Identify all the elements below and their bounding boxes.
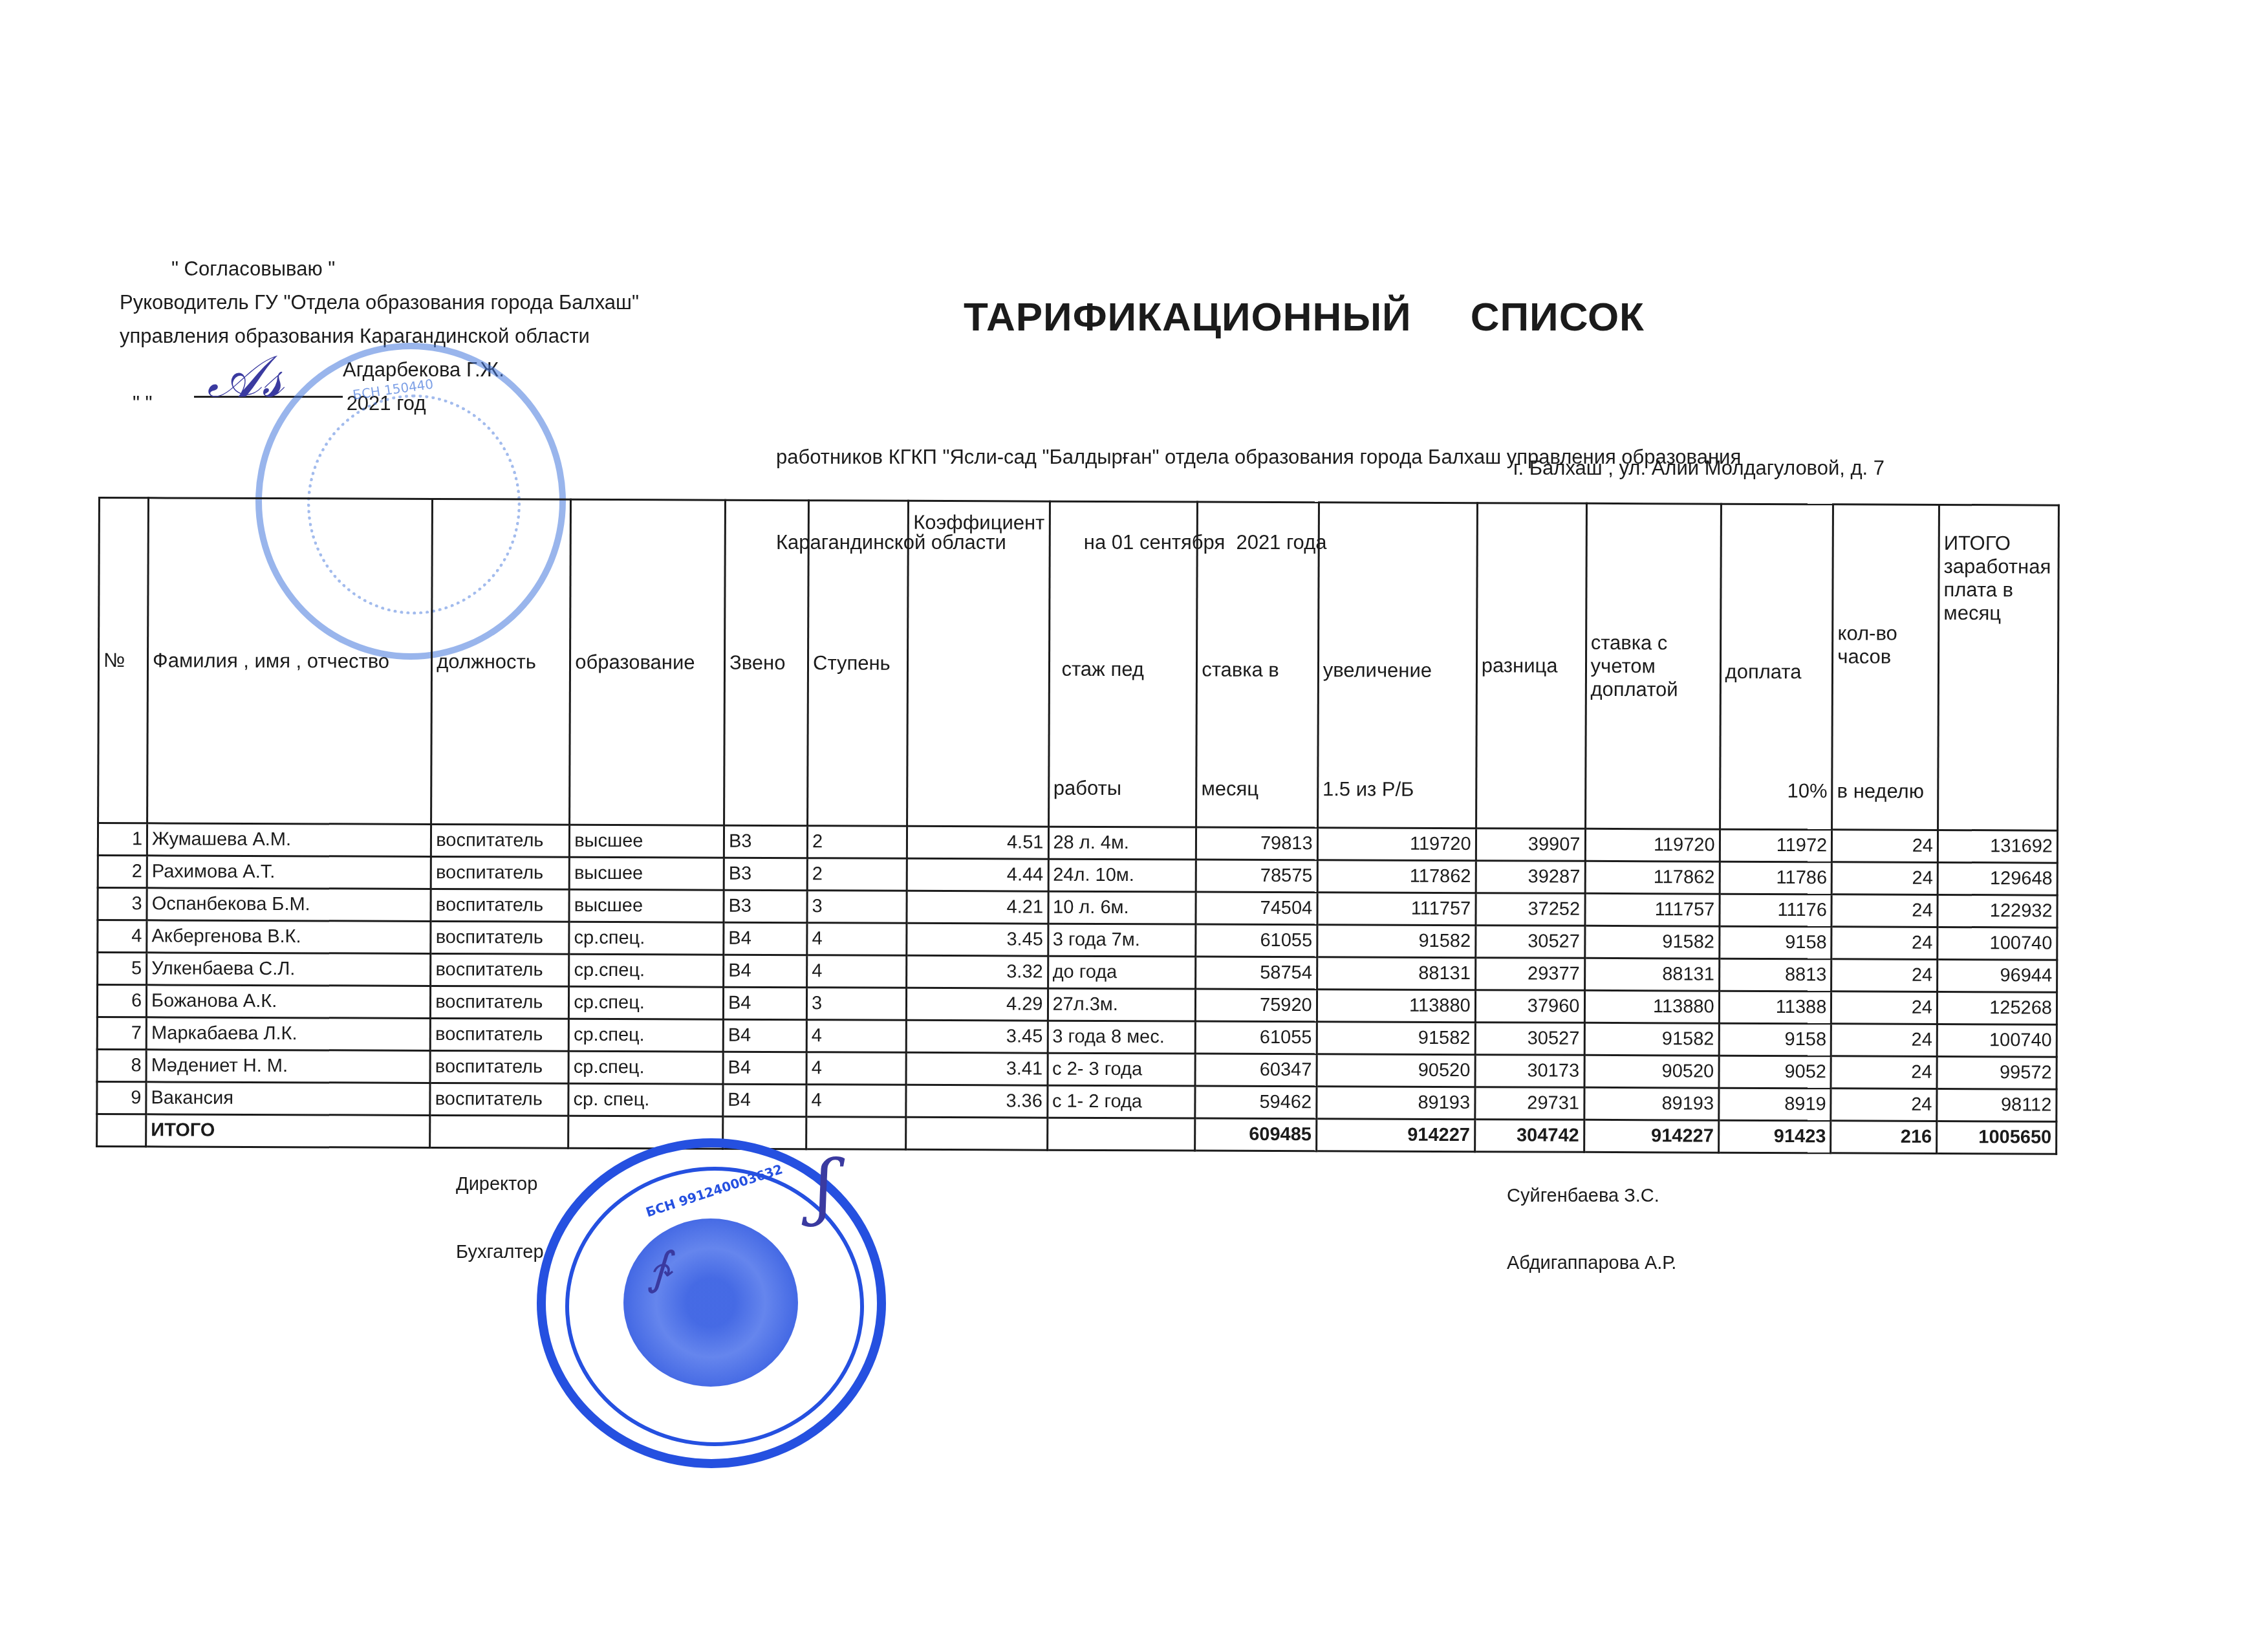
cell-total: 125268 <box>1937 991 2057 1024</box>
cell-rate: 79813 <box>1196 827 1318 860</box>
cell-rate: 59462 <box>1195 1086 1317 1119</box>
cell-coef: 3.45 <box>907 923 1048 956</box>
table-header-row: № Фамилия , имя , отчество должность обр… <box>98 498 2059 831</box>
director-signature: ʃ <box>815 1145 834 1228</box>
cell-bonus: 11972 <box>1720 829 1832 862</box>
header-step: Ступень <box>808 501 909 827</box>
total-hours: 216 <box>1831 1121 1937 1154</box>
cell-total: 100740 <box>1937 1024 2057 1057</box>
cell-increase: 113880 <box>1317 990 1475 1023</box>
cell-increase: 117862 <box>1317 860 1476 893</box>
totals-row: ИТОГО60948591422730474291422791423216100… <box>97 1114 2057 1154</box>
cell-name: Мәдениет Н. М. <box>146 1050 430 1083</box>
cell-total: 96944 <box>1938 959 2057 992</box>
empty-cell <box>430 1115 568 1148</box>
cell-diff: 30527 <box>1475 926 1584 958</box>
cell-education: ср.спец. <box>568 1019 723 1052</box>
cell-rate: 61055 <box>1195 1021 1317 1054</box>
cell-hours: 24 <box>1831 991 1938 1024</box>
cell-diff: 39287 <box>1476 861 1585 894</box>
cell-increase: 90520 <box>1317 1054 1475 1087</box>
cell-education: высшее <box>569 857 724 890</box>
cell-increase: 91582 <box>1317 925 1475 958</box>
cell-diff: 37252 <box>1476 893 1585 926</box>
approver-signature: 𝒜𝓈 <box>207 343 283 411</box>
date-quotes: " " <box>133 392 153 415</box>
cell-diff: 30173 <box>1475 1055 1584 1088</box>
cell-hours: 24 <box>1831 1056 1937 1089</box>
cell-num: 7 <box>97 1017 146 1049</box>
cell-step: 4 <box>807 923 907 956</box>
total-rate: 609485 <box>1195 1118 1317 1151</box>
cell-step: 4 <box>806 1052 907 1085</box>
cell-hours: 24 <box>1831 959 1938 992</box>
cell-coef: 4.29 <box>907 988 1048 1021</box>
cell-rate-with-bonus: 119720 <box>1585 828 1720 861</box>
cell-num: 5 <box>98 953 147 985</box>
cell-bonus: 9158 <box>1719 926 1831 959</box>
cell-diff: 30527 <box>1475 1023 1584 1056</box>
cell-coef: 4.44 <box>907 858 1048 891</box>
cell-total: 98112 <box>1937 1088 2057 1121</box>
cell-link: В4 <box>724 922 807 955</box>
cell-bonus: 8919 <box>1718 1088 1831 1121</box>
empty-cell <box>906 1117 1047 1150</box>
cell-step: 4 <box>806 1020 907 1053</box>
cell-coef: 4.21 <box>907 891 1048 924</box>
cell-education: ср.спец. <box>569 986 724 1019</box>
cell-education: ср. спец. <box>568 1083 723 1116</box>
cell-experience: до года <box>1048 956 1196 989</box>
cell-coef: 3.36 <box>906 1085 1047 1118</box>
cell-education: высшее <box>569 889 724 922</box>
header-bonus: доплата10% <box>1720 504 1833 830</box>
header-experience: стаж педработы <box>1048 501 1198 827</box>
cell-coef: 4.51 <box>907 826 1048 859</box>
header-rate: ставка вмесяц <box>1196 502 1319 828</box>
cell-num: 6 <box>97 985 146 1017</box>
cell-step: 4 <box>807 955 907 988</box>
cell-rate: 60347 <box>1195 1054 1317 1087</box>
header-coef: Коэффициент <box>907 501 1050 827</box>
cell-position: воспитатель <box>431 889 569 922</box>
cell-name: Оспанбекова Б.М. <box>147 888 431 922</box>
cell-position: воспитатель <box>430 1050 568 1083</box>
cell-step: 3 <box>807 891 907 924</box>
cell-position: воспитатель <box>430 1083 568 1116</box>
cell-num: 9 <box>97 1081 146 1114</box>
total-total: 1005650 <box>1937 1121 2057 1154</box>
cell-coef: 3.41 <box>906 1052 1047 1085</box>
cell-bonus: 9052 <box>1719 1056 1831 1088</box>
cell-hours: 24 <box>1831 894 1938 927</box>
cell-step: 2 <box>807 858 907 891</box>
cell-coef: 3.45 <box>907 1020 1048 1053</box>
cell-hours: 24 <box>1831 927 1938 960</box>
cell-rate-with-bonus: 117862 <box>1585 861 1720 894</box>
accountant-signature: ∱ <box>647 1242 670 1295</box>
cell-bonus: 8813 <box>1719 958 1831 991</box>
document-title: ТАРИФИКАЦИОННЫЙ СПИСОК <box>964 294 1645 340</box>
approval-line-1: Руководитель ГУ "Отдела образования горо… <box>120 286 639 319</box>
director-label: Директор <box>456 1174 537 1195</box>
cell-step: 4 <box>806 1085 907 1118</box>
cell-total: 131692 <box>1938 830 2057 863</box>
cell-num: 1 <box>98 823 147 856</box>
director-name: Суйгенбаева З.С. <box>1507 1186 1659 1207</box>
cell-name: Улкенбаева С.Л. <box>147 953 431 986</box>
total-bonus: 91423 <box>1718 1120 1831 1153</box>
cell-bonus: 9158 <box>1719 1023 1831 1056</box>
cell-experience: с 1- 2 года <box>1047 1085 1195 1118</box>
cell-total: 99572 <box>1937 1056 2057 1089</box>
cell-rate-with-bonus: 113880 <box>1584 990 1719 1023</box>
empty-cell <box>1047 1118 1195 1151</box>
cell-name: Акбергенова В.К. <box>147 920 431 954</box>
cell-rate: 58754 <box>1196 957 1317 990</box>
empty-cell <box>97 1114 146 1146</box>
tarification-table: № Фамилия , имя , отчество должность обр… <box>96 497 2060 1155</box>
cell-experience: 24л. 10м. <box>1048 859 1196 892</box>
cell-position: воспитатель <box>431 856 569 889</box>
cell-bonus: 11786 <box>1720 861 1832 894</box>
cell-education: ср.спец. <box>569 922 724 955</box>
cell-link: В3 <box>724 858 807 890</box>
header-rate-with-bonus: ставка с учетом доплатой <box>1585 503 1721 829</box>
cell-increase: 91582 <box>1317 1022 1475 1055</box>
cell-link: В4 <box>723 1052 806 1084</box>
cell-link: В4 <box>723 987 806 1019</box>
cell-increase: 119720 <box>1317 828 1476 861</box>
cell-position: воспитатель <box>431 824 570 857</box>
cell-hours: 24 <box>1832 830 1938 863</box>
cell-link: В3 <box>724 890 807 922</box>
cell-experience: 3 года 8 мес. <box>1048 1021 1196 1054</box>
cell-education: ср.спец. <box>568 1051 723 1084</box>
cell-rate-with-bonus: 89193 <box>1584 1087 1718 1120</box>
cell-education: высшее <box>570 825 724 858</box>
total-rate-with-bonus: 914227 <box>1584 1120 1718 1153</box>
cell-hours: 24 <box>1831 1088 1937 1121</box>
cell-experience: 27л.3м. <box>1048 988 1196 1021</box>
total-label: ИТОГО <box>146 1114 430 1148</box>
total-diff: 304742 <box>1474 1120 1584 1153</box>
cell-experience: 10 л. 6м. <box>1048 891 1196 924</box>
cell-total: 129648 <box>1938 862 2057 895</box>
cell-rate: 74504 <box>1196 892 1317 925</box>
cell-diff: 29377 <box>1475 958 1584 991</box>
cell-rate-with-bonus: 111757 <box>1585 893 1720 926</box>
cell-rate-with-bonus: 91582 <box>1584 1023 1719 1056</box>
cell-experience: 3 года 7м. <box>1048 924 1196 957</box>
header-education: образование <box>570 499 726 825</box>
cell-experience: 28 л. 4м. <box>1048 827 1196 860</box>
cell-link: В4 <box>723 1019 806 1052</box>
cell-hours: 24 <box>1831 862 1938 895</box>
cell-num: 8 <box>97 1049 146 1081</box>
cell-coef: 3.32 <box>907 955 1048 988</box>
address: г. Балхаш , ул. Алии Молдагуловой, д. 7 <box>1513 457 1885 480</box>
cell-experience: с 2- 3 года <box>1048 1053 1196 1086</box>
cell-num: 4 <box>98 920 147 953</box>
cell-link: В4 <box>724 955 807 987</box>
cell-num: 2 <box>98 856 147 888</box>
cell-rate-with-bonus: 88131 <box>1584 958 1719 991</box>
cell-name: Жумашева А.М. <box>147 823 431 857</box>
accountant-label: Бухгалтер <box>456 1242 544 1263</box>
cell-link: В3 <box>724 825 807 858</box>
header-increase: увеличение1.5 из Р/Б <box>1317 503 1477 828</box>
cell-step: 2 <box>807 826 907 859</box>
cell-link: В4 <box>723 1084 806 1116</box>
cell-increase: 111757 <box>1317 893 1476 926</box>
accountant-name: Абдигаппарова А.Р. <box>1507 1253 1676 1274</box>
cell-rate: 75920 <box>1196 989 1317 1022</box>
approval-heading: " Согласовываю " <box>120 252 639 286</box>
header-total: ИТОГО заработная плата в месяц <box>1938 504 2059 830</box>
cell-position: воспитатель <box>431 986 569 1019</box>
cell-hours: 24 <box>1831 1024 1938 1057</box>
cell-position: воспитатель <box>431 953 569 986</box>
cell-name: Божанова А.К. <box>147 985 431 1019</box>
header-link: Звено <box>724 500 809 825</box>
header-diff: разница <box>1476 503 1586 829</box>
cell-diff: 37960 <box>1475 990 1584 1023</box>
header-name: Фамилия , имя , отчество <box>147 498 433 825</box>
cell-increase: 88131 <box>1317 957 1475 990</box>
cell-num: 3 <box>98 888 147 920</box>
cell-bonus: 11176 <box>1720 894 1832 927</box>
cell-total: 122932 <box>1938 894 2057 927</box>
cell-position: воспитатель <box>430 1018 568 1051</box>
cell-name: Рахимова А.Т. <box>147 856 431 889</box>
cell-position: воспитатель <box>431 921 569 954</box>
cell-rate-with-bonus: 91582 <box>1584 926 1719 958</box>
cell-name: Маркабаева Л.К. <box>146 1017 430 1051</box>
total-increase: 914227 <box>1316 1119 1474 1152</box>
cell-name: Вакансия <box>146 1082 430 1116</box>
cell-rate: 61055 <box>1196 924 1317 957</box>
header-position: должность <box>431 499 571 825</box>
cell-rate: 78575 <box>1196 860 1317 893</box>
cell-step: 3 <box>806 988 907 1021</box>
cell-increase: 89193 <box>1317 1087 1475 1120</box>
cell-diff: 39907 <box>1476 828 1585 861</box>
cell-rate-with-bonus: 90520 <box>1584 1055 1719 1088</box>
cell-bonus: 11388 <box>1719 991 1831 1024</box>
cell-education: ср.спец. <box>569 954 724 987</box>
cell-total: 100740 <box>1938 927 2057 960</box>
header-num: № <box>98 498 149 823</box>
header-hours: кол-во часовв неделю <box>1832 504 1939 830</box>
cell-diff: 29731 <box>1475 1087 1584 1120</box>
